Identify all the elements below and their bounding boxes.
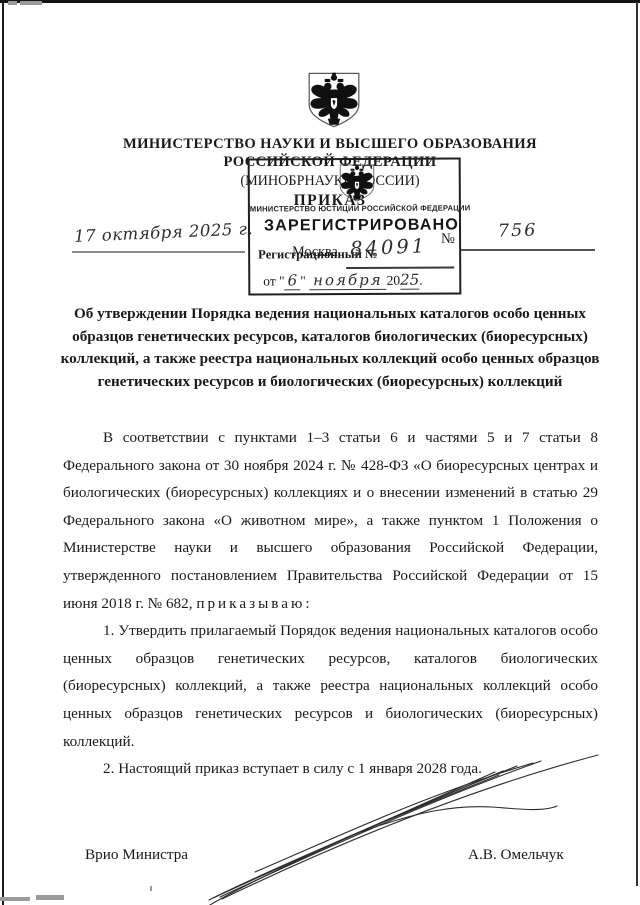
minister-signature <box>195 750 605 905</box>
signer-position: Врио Министра <box>85 846 188 864</box>
paragraph-item-1: 1. Утвердить прилагаемый Порядок ведения… <box>63 617 598 755</box>
scan-artifact <box>8 1 17 5</box>
stamp-date-line: от "6" ноября2025. <box>263 271 422 290</box>
scan-border-top <box>0 0 640 3</box>
handwritten-order-number: 756 <box>498 220 538 241</box>
scan-artifact <box>36 895 64 900</box>
stamp-handwritten-day: 6 <box>285 271 301 290</box>
stamp-date-period: . <box>419 273 422 288</box>
date-underline <box>72 251 245 253</box>
stamp-handwritten-year: 25 <box>400 271 419 290</box>
order-title: Об утверждении Порядка ведения националь… <box>55 303 605 393</box>
scan-artifact <box>20 1 42 5</box>
scanned-order-page: МИНИСТЕРСТВО НАУКИ И ВЫСШЕГО ОБРАЗОВАНИЯ… <box>0 0 640 905</box>
stamp-year-printed: 20 <box>387 273 401 288</box>
preamble-text: В соответствии с пунктами 1–3 статьи 6 и… <box>63 429 598 612</box>
stamp-date-quote: " <box>300 273 306 288</box>
prikazyvayu-emphasis: приказываю: <box>196 595 312 612</box>
ministry-name-line1: МИНИСТЕРСТВО НАУКИ И ВЫСШЕГО ОБРАЗОВАНИЯ <box>25 136 635 153</box>
stamp-handwritten-reg-number: 84091 <box>350 234 428 260</box>
stamp-eagle-icon <box>336 159 378 207</box>
scan-border-left <box>2 2 4 905</box>
scan-border-right <box>636 2 638 886</box>
handwritten-date: 17 октября 2025 г. <box>74 219 255 246</box>
coat-of-arms-icon <box>303 70 365 130</box>
stamp-reg-number-underline <box>346 266 454 269</box>
paragraph-preamble: В соответствии с пунктами 1–3 статьи 6 и… <box>63 424 598 617</box>
number-underline <box>461 249 595 251</box>
order-body: В соответствии с пунктами 1–3 статьи 6 и… <box>63 424 598 783</box>
stamp-registered-label: ЗАРЕГИСТРИРОВАНО <box>264 216 459 235</box>
scan-artifact <box>150 886 152 891</box>
scan-artifact <box>0 897 30 901</box>
stamp-date-prefix: от " <box>263 273 284 288</box>
stamp-handwritten-month: ноября <box>309 271 387 290</box>
